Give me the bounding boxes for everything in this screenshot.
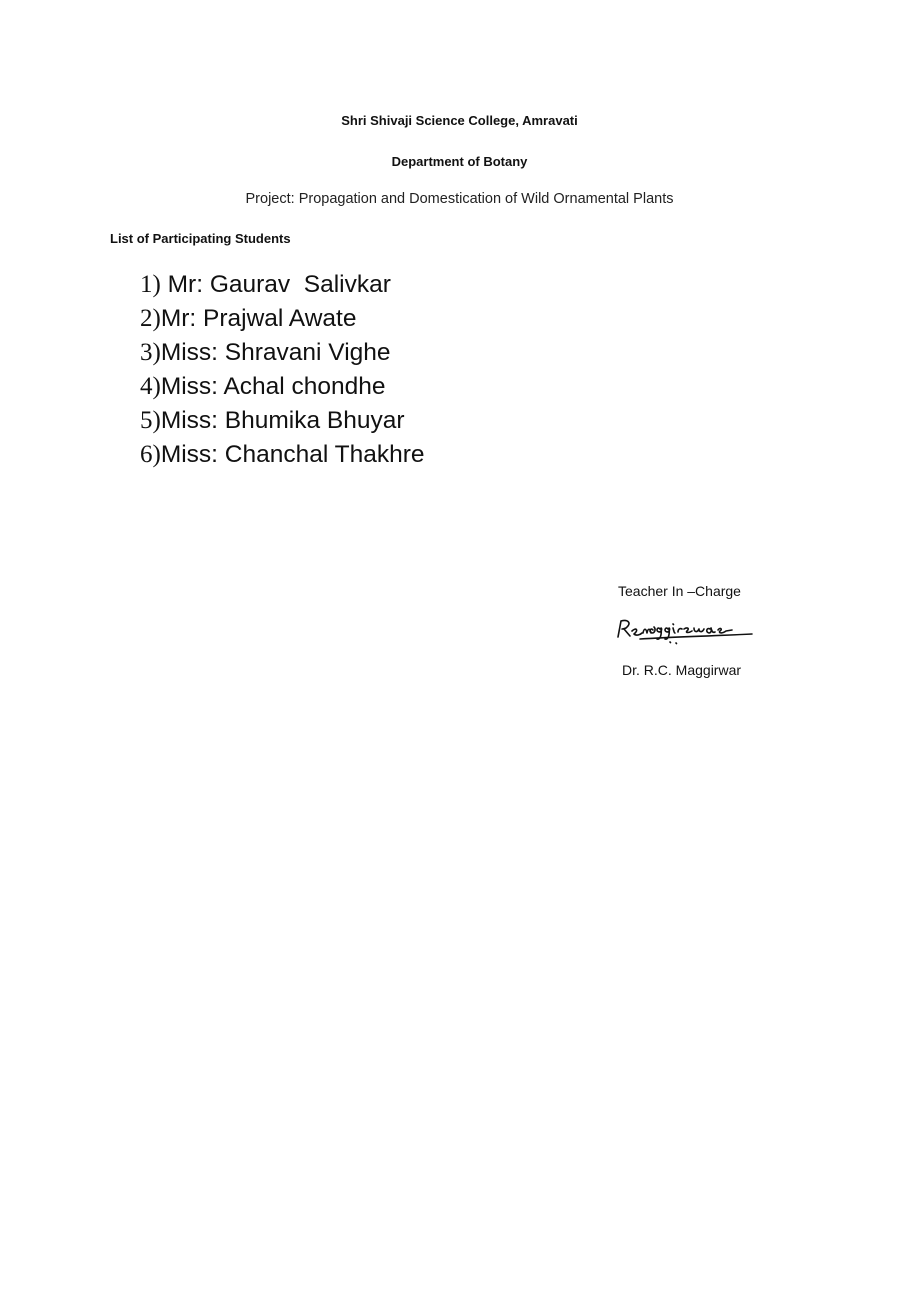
student-name: Mr: Prajwal Awate: [161, 305, 357, 332]
student-name: Miss: Shravani Vighe: [161, 339, 391, 366]
list-item: 1) Mr: Gaurav Salivkar: [140, 268, 425, 302]
list-item: 6)Miss: Chanchal Thakhre: [140, 438, 425, 472]
item-number: 2): [140, 305, 161, 332]
student-name: Mr: Gaurav Salivkar: [161, 271, 391, 298]
item-number: 3): [140, 339, 161, 366]
list-item: 2)Mr: Prajwal Awate: [140, 302, 425, 336]
student-name: Miss: Chanchal Thakhre: [161, 441, 425, 468]
college-name: Shri Shivaji Science College, Amravati: [0, 113, 919, 128]
signatory-title: Teacher In –Charge: [618, 583, 741, 599]
student-name: Miss: Bhumika Bhuyar: [161, 407, 405, 434]
list-item: 5)Miss: Bhumika Bhuyar: [140, 404, 425, 438]
student-name: Miss: Achal chondhe: [161, 373, 386, 400]
signature-icon: [612, 613, 762, 645]
list-heading: List of Participating Students: [110, 231, 291, 246]
signatory-name: Dr. R.C. Maggirwar: [622, 662, 741, 678]
list-item: 3)Miss: Shravani Vighe: [140, 336, 425, 370]
item-number: 4): [140, 373, 161, 400]
item-number: 1): [140, 271, 161, 298]
student-list: 1) Mr: Gaurav Salivkar 2)Mr: Prajwal Awa…: [140, 268, 425, 472]
list-item: 4)Miss: Achal chondhe: [140, 370, 425, 404]
item-number: 6): [140, 441, 161, 468]
project-title: Project: Propagation and Domestication o…: [0, 191, 919, 207]
item-number: 5): [140, 407, 161, 434]
department-name: Department of Botany: [0, 154, 919, 169]
